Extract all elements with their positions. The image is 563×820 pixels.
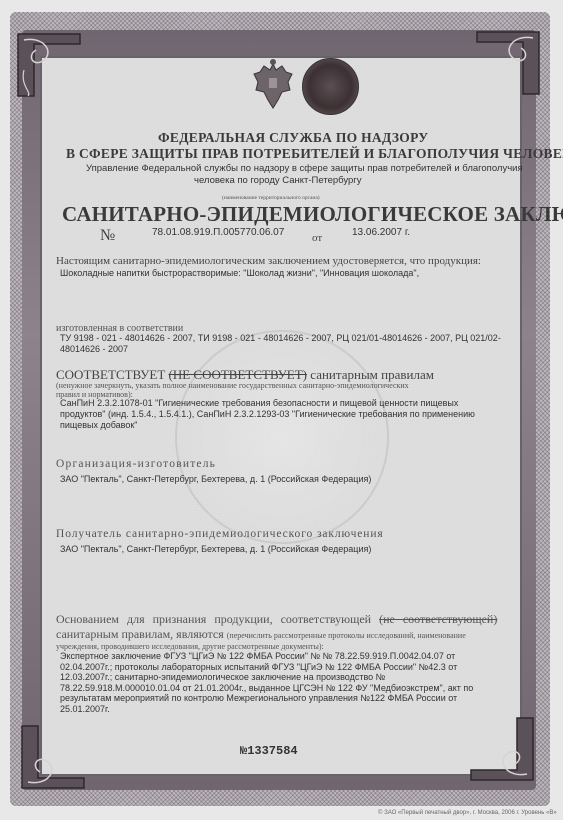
ornament-corner-icon — [471, 28, 543, 100]
recipient-value: ЗАО "Пекталь", Санкт-Петербург, Бехтерев… — [60, 544, 371, 556]
manufactured-line1: ТУ 9198 - 021 - 48014626 - 2007, ТИ 9198… — [60, 333, 501, 345]
basis-line1-struck: (не соответствующей) — [379, 612, 497, 626]
number-label: № — [100, 227, 115, 245]
rules-text: санитарным правилам — [310, 367, 434, 382]
serial-number: №1337584 — [240, 744, 298, 758]
basis-documents: Экспертное заключение ФГУЗ "ЦГиЭ № 122 Ф… — [60, 651, 473, 714]
emblems — [252, 58, 372, 118]
watermark-emblem — [175, 330, 389, 544]
printer-note: © ЗАО «Первый печатный двор», г. Москва,… — [378, 810, 557, 816]
basis-line2-note: (перечислить рассмотренные протоколы исс… — [227, 631, 466, 640]
basis-line3-note: учреждения, проводившего исследования, д… — [56, 642, 324, 651]
ornament-corner-icon — [465, 712, 537, 784]
basis-line1: Основанием для признания продукции, соот… — [56, 612, 497, 627]
basis-document-line: 12.03.2007г.; санитарно-эпидемиологическ… — [60, 672, 473, 683]
conformity-note-line1: (ненужное зачеркнуть, указать полное наи… — [56, 381, 409, 390]
ornament-corner-icon — [14, 30, 86, 102]
department-line2: человека по городу Санкт-Петербургу — [194, 175, 362, 186]
basis-line1-text: Основанием для признания продукции, соот… — [56, 612, 371, 626]
basis-document-line: 25.01.2007г. — [60, 704, 473, 715]
agency-title-line2: В СФЕРЕ ЗАЩИТЫ ПРАВ ПОТРЕБИТЕЛЕЙ И БЛАГО… — [66, 146, 563, 162]
ornament-corner-icon — [18, 720, 90, 792]
standards-line1: СанПиН 2.3.2.1078-01 "Гигиенические треб… — [60, 398, 458, 410]
corresponds-text: СООТВЕТСТВУЕТ — [56, 367, 165, 382]
document-date: 13.06.2007 г. — [352, 227, 410, 239]
document-title: САНИТАРНО-ЭПИДЕМИОЛОГИЧЕСКОЕ ЗАКЛЮЧЕНИЕ — [62, 202, 563, 227]
standards-line3: пищевых добавок" — [60, 420, 138, 432]
recipient-label: Получатель санитарно-эпидемиологического… — [56, 528, 384, 540]
basis-line2-text: санитарным правилам, являются — [56, 627, 224, 641]
territorial-note: (наименование территориального органа) — [222, 195, 320, 201]
product-name: Шоколадные напитки быстрорастворимые: "Ш… — [60, 268, 419, 280]
standards-line2: продуктов" (инд. 1.5.4., 1.5.4.1.), СанП… — [60, 409, 475, 421]
product-intro: Настоящим санитарно-эпидемиологическим з… — [56, 255, 481, 267]
manufacturer-value: ЗАО "Пекталь", Санкт-Петербург, Бехтерев… — [60, 474, 371, 486]
department-line1: Управление Федеральной службы по надзору… — [86, 163, 523, 174]
double-headed-eagle-icon — [252, 58, 294, 110]
agency-title-line1: ФЕДЕРАЛЬНАЯ СЛУЖБА ПО НАДЗОРУ — [158, 130, 429, 146]
basis-document-line: результатам мероприятий по контролю Межр… — [60, 693, 473, 704]
not-corresponds-struck: (НЕ СООТВЕТСТВУЕТ) — [169, 367, 308, 382]
basis-document-line: 78.22.59.918.М.000010.01.04 от 21.01.200… — [60, 683, 473, 694]
manufactured-line2: 48014626 - 2007 — [60, 344, 128, 356]
document-number: 78.01.08.919.П.005770.06.07 — [152, 227, 284, 239]
seal-emblem-icon — [302, 58, 359, 115]
manufacturer-label: Организация-изготовитель — [56, 458, 216, 470]
basis-document-line: Экспертное заключение ФГУЗ "ЦГиЭ № 122 Ф… — [60, 651, 473, 662]
certificate-page: ФЕДЕРАЛЬНАЯ СЛУЖБА ПО НАДЗОРУ В СФЕРЕ ЗА… — [0, 0, 563, 820]
basis-document-line: 02.04.2007г.; протоколы лабораторных исп… — [60, 662, 473, 673]
date-label: от — [312, 232, 322, 244]
basis-line2: санитарным правилам, являются (перечисли… — [56, 627, 466, 642]
